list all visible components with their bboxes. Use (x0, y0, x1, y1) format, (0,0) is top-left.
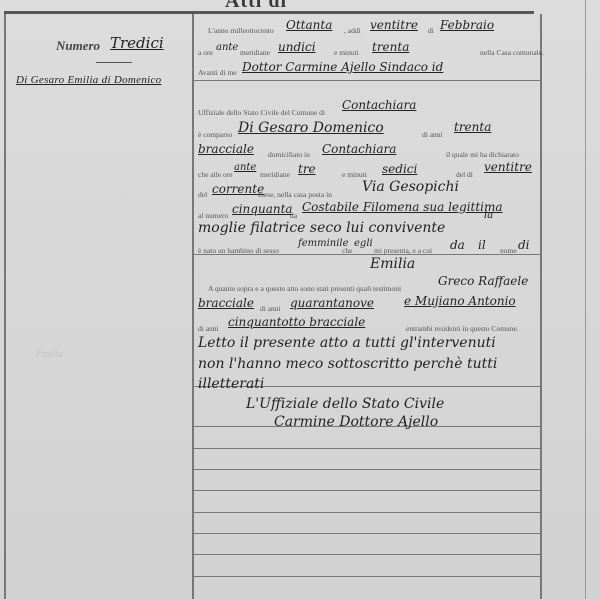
printed-text: che alle ore (198, 170, 233, 179)
printed-text: A quanto sopra e a questo atto sono stat… (208, 284, 401, 293)
handwritten-house-number: cinquanta (232, 202, 293, 216)
subject-name: Di Gesaro Emilia di Domenico (16, 74, 161, 86)
handwritten-day: ventitre (370, 18, 418, 32)
rule-line (194, 448, 540, 449)
rule-line (194, 80, 540, 81)
printed-text: domiciliato in (268, 150, 310, 159)
printed-text: mi presenta, e a cui (374, 246, 432, 255)
page-margin-line (585, 0, 586, 599)
handwritten-mother: Costabile Filomena sua legittima (302, 200, 503, 214)
printed-text: Uffiziale dello Stato Civile del Comune … (198, 108, 325, 117)
rule-line (194, 554, 540, 555)
register-page: Atti di Numero Tredici Di Gesaro Emilia … (0, 0, 600, 599)
signature-name: Carmine Dottore Ajello (274, 414, 438, 430)
printed-text: è nato un bambino di sesso (198, 246, 279, 255)
handwritten-text: la (484, 210, 493, 221)
handwritten-birth-minutes: sedici (382, 162, 417, 176)
printed-text: e minuti (334, 48, 359, 57)
printed-text: che (342, 246, 352, 255)
handwritten-declarant: Di Gesaro Domenico (238, 120, 384, 136)
printed-text: al numero (198, 211, 228, 220)
handwritten-month: Febbraio (440, 18, 494, 32)
handwritten-minutes: trenta (372, 40, 409, 54)
printed-text: nella Casa comunale. (480, 48, 544, 57)
handwritten-text: egli (354, 238, 373, 249)
handwritten-witness-2: e Mujiano Antonio (404, 294, 516, 308)
handwritten-domicile: Contachiara (322, 142, 396, 156)
printed-text: L'anno milleottocento (208, 26, 274, 35)
rule-line (194, 469, 540, 470)
handwritten-age: trenta (454, 120, 491, 134)
rule-line (194, 512, 540, 513)
printed-text: entrambi residenti in questo Comune. (406, 324, 519, 333)
handwritten-mother-detail: moglie filatrice seco lui convivente (198, 220, 445, 236)
numero-label: Numero (56, 38, 100, 54)
printed-text: del dì (456, 170, 473, 179)
handwritten-text: ante (216, 42, 238, 53)
printed-text: meridiane (240, 48, 270, 57)
handwritten-birth-day: ventitre (484, 160, 532, 174)
printed-text: e minuti (342, 170, 367, 179)
handwritten-officer: Dottor Carmine Ajello Sindaco id (242, 60, 443, 74)
rule-line (194, 490, 540, 491)
printed-text: del (198, 190, 207, 199)
printed-text: a ore (198, 48, 213, 57)
printed-text: di anni (422, 130, 443, 139)
handwritten-witness-1-age: quarantanove (290, 296, 374, 310)
signature-title: L'Uffiziale dello Stato Civile (246, 396, 444, 412)
printed-text: di anni (198, 324, 219, 333)
printed-text: Avanti di me (198, 68, 237, 77)
printed-text: da (290, 211, 297, 220)
handwritten-text: il (478, 238, 486, 252)
handwritten-text: ante (234, 162, 256, 173)
printed-text: nome (500, 246, 517, 255)
rule-line (194, 576, 540, 577)
handwritten-year: Ottanta (286, 18, 332, 32)
handwritten-profession: bracciale (198, 142, 254, 156)
handwritten-text: di (518, 238, 530, 252)
handwritten-sex: femminile (298, 238, 349, 249)
printed-text: mese, nella casa posta in (258, 190, 332, 199)
record-column: L'anno milleottocento Ottanta , addì ven… (192, 14, 542, 599)
printed-text: è comparso (198, 130, 232, 139)
handwritten-birth-hour: tre (298, 162, 316, 176)
handwritten-street: Via Gesopichi (362, 179, 459, 195)
handwritten-comune: Contachiara (342, 98, 416, 112)
printed-text: di anni (260, 304, 281, 313)
handwritten-closing-2: non l'hanno meco sottoscritto perchè tut… (198, 356, 497, 372)
handwritten-text: corrente (212, 182, 264, 196)
printed-text: meridiane (260, 170, 290, 179)
handwritten-witness-1-profession: bracciale (198, 296, 254, 310)
ghost-text: Emilia (36, 349, 63, 360)
printed-text: di (428, 26, 434, 35)
numero-divider (96, 62, 132, 63)
handwritten-witness-2-detail: cinquantotto bracciale (228, 315, 365, 329)
printed-text: , addì (344, 26, 361, 35)
handwritten-hour: undici (278, 40, 316, 54)
printed-text: il quale mi ha dichiarato (446, 150, 519, 159)
rule-line (194, 533, 540, 534)
handwritten-text: da (450, 238, 465, 252)
handwritten-child-name: Emilia (370, 256, 415, 272)
left-column: Numero Tredici Di Gesaro Emilia di Domen… (4, 14, 194, 599)
handwritten-closing-1: Letto il presente atto a tutti gl'interv… (198, 335, 496, 351)
numero-value: Tredici (110, 34, 164, 52)
handwritten-closing-3: illetterati (198, 376, 264, 392)
handwritten-witness-1: Greco Raffaele (438, 274, 528, 288)
